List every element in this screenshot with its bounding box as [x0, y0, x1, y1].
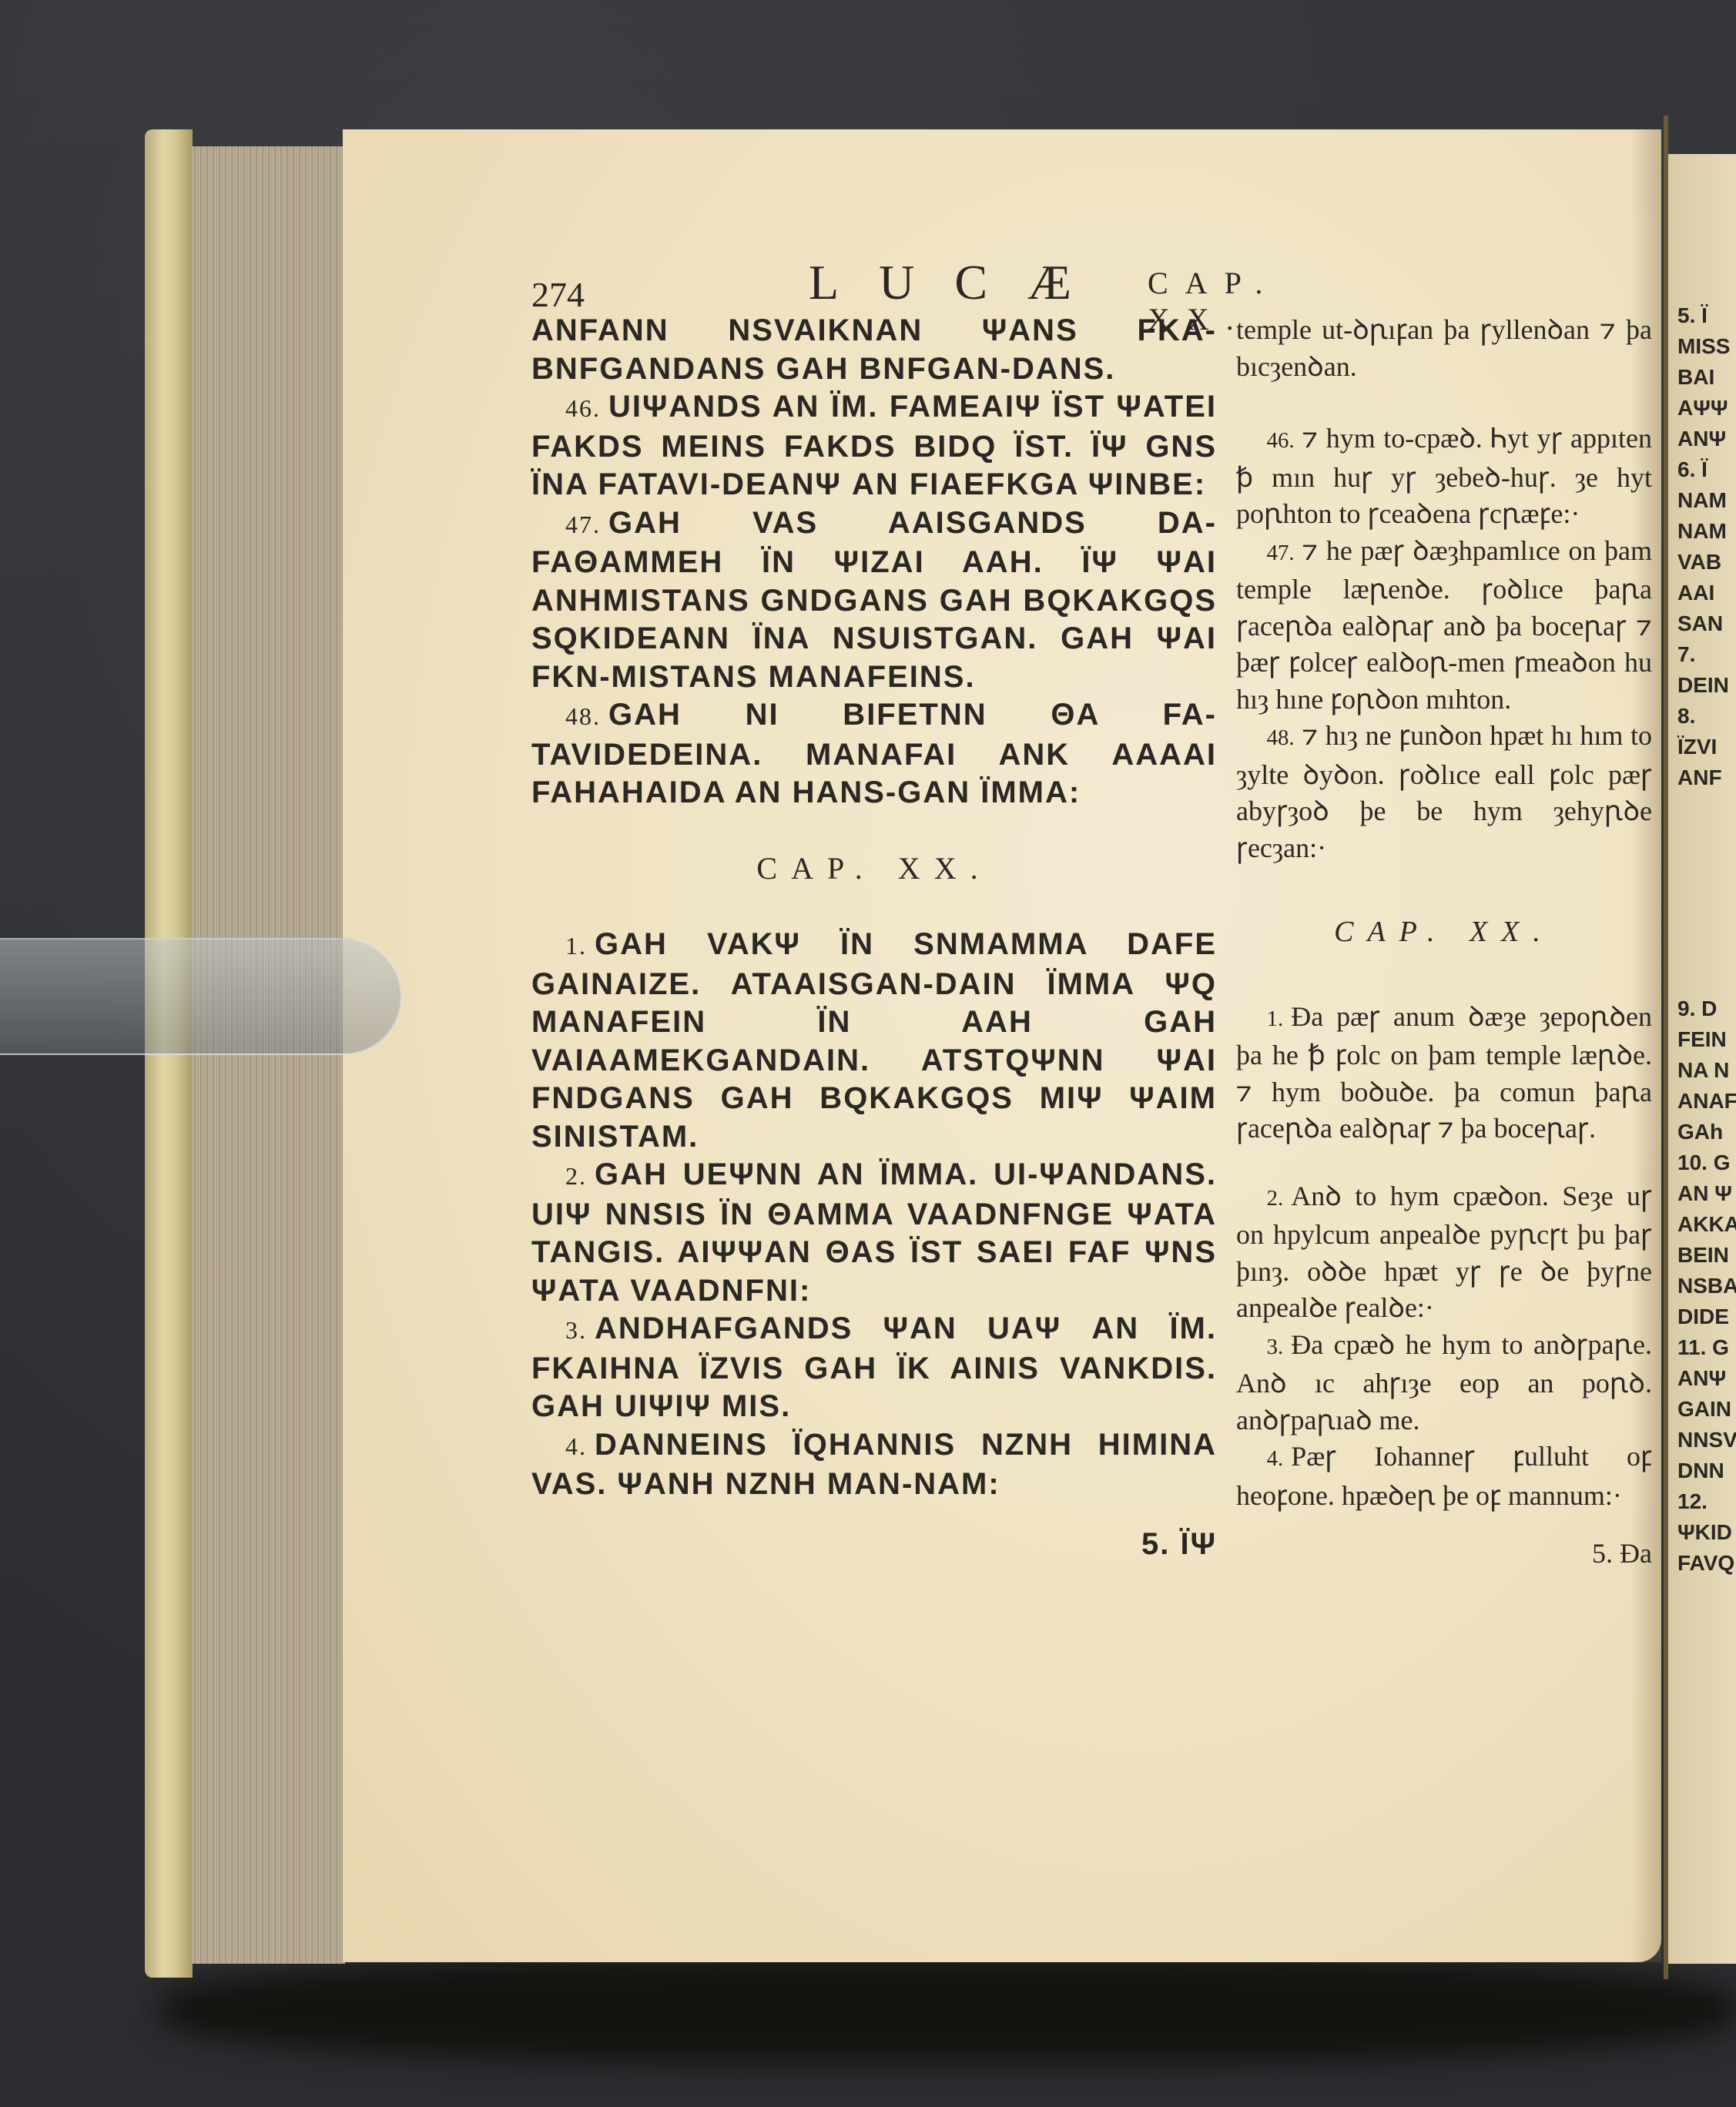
verse: 47.⁊ he pæꞅ ꝺæȝhpamlıce on þam temple læ… — [1236, 533, 1652, 719]
verse: 46.UIΨANDS AN ÏM. FAMEAIΨ ÏST ΨATEI FAKD… — [531, 388, 1217, 504]
verse: 2.GAh UEΨNN AN ÏMMA. UI-ΨANDANS. UIΨ NNS… — [531, 1156, 1217, 1310]
book-shadow — [162, 1956, 1736, 2064]
verse: 2.Anꝺ to hym cpæꝺon. Seȝe uꞅ on hpylcum … — [1236, 1178, 1652, 1327]
verse-number: 47. — [565, 511, 601, 538]
facing-page-fragment-lower: 9. D FEIN NA N ANAF GAh 10. G AN Ψ AKKA … — [1677, 993, 1736, 1579]
gutter-fold — [1664, 116, 1668, 1979]
verse: 46.⁊ hym to-cpæꝺ. Ꮒyt yꞅ appıten ꝥ mın h… — [1236, 420, 1652, 533]
catchword: 5. Ða — [1236, 1536, 1652, 1573]
verse: 3.Ða cpæꝺ he hym to anꝺꞅpaꞃe. Anꝺ ıc ahꞅ… — [1236, 1327, 1652, 1439]
verse: 48.⁊ hıȝ ne ꝼunꝺon hpæt hı hım to ȝylte … — [1236, 718, 1652, 866]
verse: 4.DANNEINS ÏQhANNIS NZNh hIMINA VAS. ΨAN… — [531, 1426, 1217, 1504]
verse-number: 48. — [1267, 725, 1295, 750]
verse: ANFANN NSVAIKNAN ΨANS FKA-BNFGANDANS GAh… — [531, 312, 1217, 388]
verse-number: 1. — [1267, 1007, 1284, 1031]
verse: 3.ANDhAFGANDS ΨAN UAΨ AN ÏM. FKAIhNA ÏZV… — [531, 1310, 1217, 1426]
verse-number: 2. — [565, 1162, 587, 1190]
verse: 4.Pæꞅ Iohanneꞅ ꝼulluht oꝼ heoꝼone. hpæꝺe… — [1236, 1439, 1652, 1514]
verse-number: 46. — [1267, 428, 1295, 453]
verse-number: 3. — [565, 1316, 587, 1344]
verse: 1.Ða pæꞅ anum ꝺæȝe ȝepoꞃꝺen þa he ꝥ ꝼolc… — [1236, 999, 1652, 1147]
page-edges — [191, 146, 345, 1964]
chapter-heading: CAP. XX. — [1236, 914, 1652, 951]
verse-number: 2. — [1267, 1186, 1284, 1211]
page-number: 274 — [531, 274, 585, 315]
gothic-column: ANFANN NSVAIKNAN ΨANS FKA-BNFGANDANS GAh… — [531, 312, 1217, 1563]
verse: 48.GAh NI BIFETNN ΘA FA-TAVIDEDEINA. MAN… — [531, 696, 1217, 812]
verse-number: 48. — [565, 702, 601, 730]
running-header: 274 LUCÆ CAP. XX. — [531, 254, 1379, 316]
facing-page-fragment-upper: 5. Ï MISS BAI AΨΨ ANΨ 6. Ï NAM NAM VAB A… — [1677, 300, 1736, 793]
verse-number: 47. — [1267, 541, 1295, 565]
running-title: LUCÆ — [809, 254, 1111, 311]
verse: 1.GAh VAKΨ ÏN SNMAMMA DAFE GAINAIZE. ATA… — [531, 926, 1217, 1156]
chapter-heading: CAP. XX. — [531, 849, 1217, 888]
page-holder-clip — [0, 938, 402, 1055]
verse-number: 1. — [565, 932, 587, 960]
verse-number: 4. — [1267, 1446, 1284, 1471]
verse: temple ut-ꝺꞃıꝼan þa ꞅyllenꝺan ⁊ þa bıcȝe… — [1236, 312, 1652, 385]
verse-number: 3. — [1267, 1335, 1284, 1359]
verse-number: 46. — [565, 394, 601, 422]
verse-number: 4. — [565, 1432, 587, 1460]
catchword: 5. ÏΨ — [531, 1526, 1217, 1564]
verse: 47.GAh VAS AAISGANDS DA-FAΘAMMEh ÏN ΨIZA… — [531, 504, 1217, 697]
anglo-saxon-column: temple ut-ꝺꞃıꝼan þa ꞅyllenꝺan ⁊ þa bıcȝe… — [1236, 312, 1652, 1573]
